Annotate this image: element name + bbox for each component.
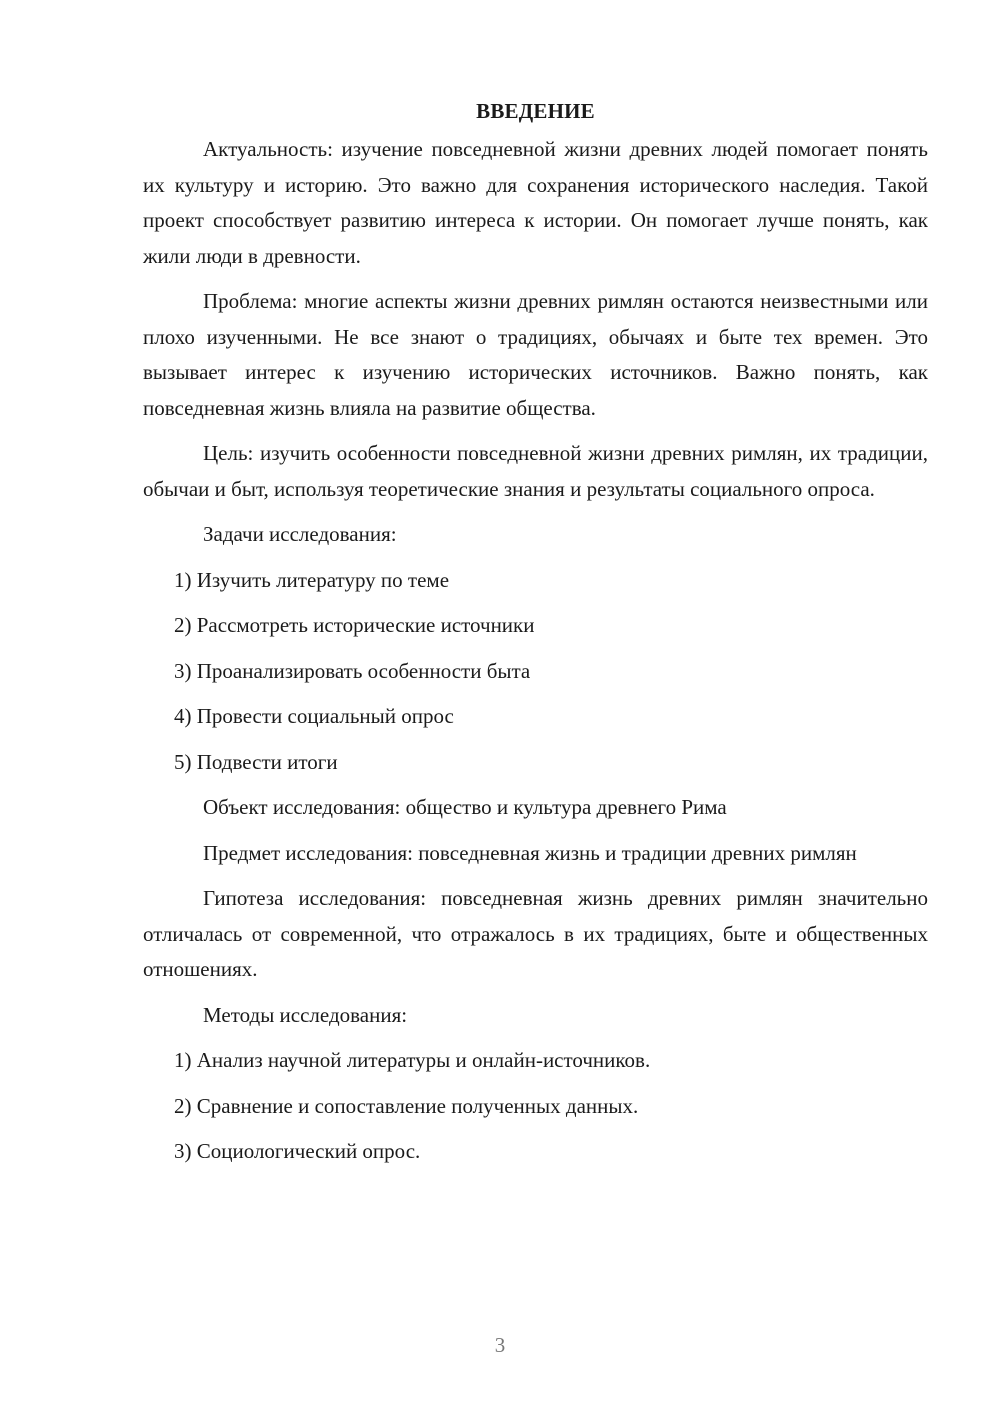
task-item: 3) Проанализировать особенности быта <box>143 654 928 690</box>
document-page: ВВЕДЕНИЕ Актуальность: изучение повседне… <box>0 0 1000 1414</box>
method-item: 1) Анализ научной литературы и онлайн-ис… <box>143 1043 928 1079</box>
task-item: 4) Провести социальный опрос <box>143 699 928 735</box>
task-item: 2) Рассмотреть исторические источники <box>143 608 928 644</box>
page-content: ВВЕДЕНИЕ Актуальность: изучение повседне… <box>143 96 928 1180</box>
relevance-paragraph: Актуальность: изучение повседневной жизн… <box>143 132 928 274</box>
object-paragraph: Объект исследования: общество и культура… <box>143 790 928 826</box>
task-item: 5) Подвести итоги <box>143 745 928 781</box>
page-title: ВВЕДЕНИЕ <box>143 96 928 126</box>
methods-heading: Методы исследования: <box>143 998 928 1034</box>
page-number: 3 <box>0 1333 1000 1358</box>
goal-paragraph: Цель: изучить особенности повседневной ж… <box>143 436 928 507</box>
tasks-list: 1) Изучить литературу по теме 2) Рассмот… <box>143 563 928 781</box>
subject-paragraph: Предмет исследования: повседневная жизнь… <box>143 836 928 872</box>
methods-list: 1) Анализ научной литературы и онлайн-ис… <box>143 1043 928 1170</box>
method-item: 2) Сравнение и сопоставление полученных … <box>143 1089 928 1125</box>
method-item: 3) Социологический опрос. <box>143 1134 928 1170</box>
task-item: 1) Изучить литературу по теме <box>143 563 928 599</box>
hypothesis-paragraph: Гипотеза исследования: повседневная жизн… <box>143 881 928 988</box>
tasks-heading: Задачи исследования: <box>143 517 928 553</box>
problem-paragraph: Проблема: многие аспекты жизни древних р… <box>143 284 928 426</box>
